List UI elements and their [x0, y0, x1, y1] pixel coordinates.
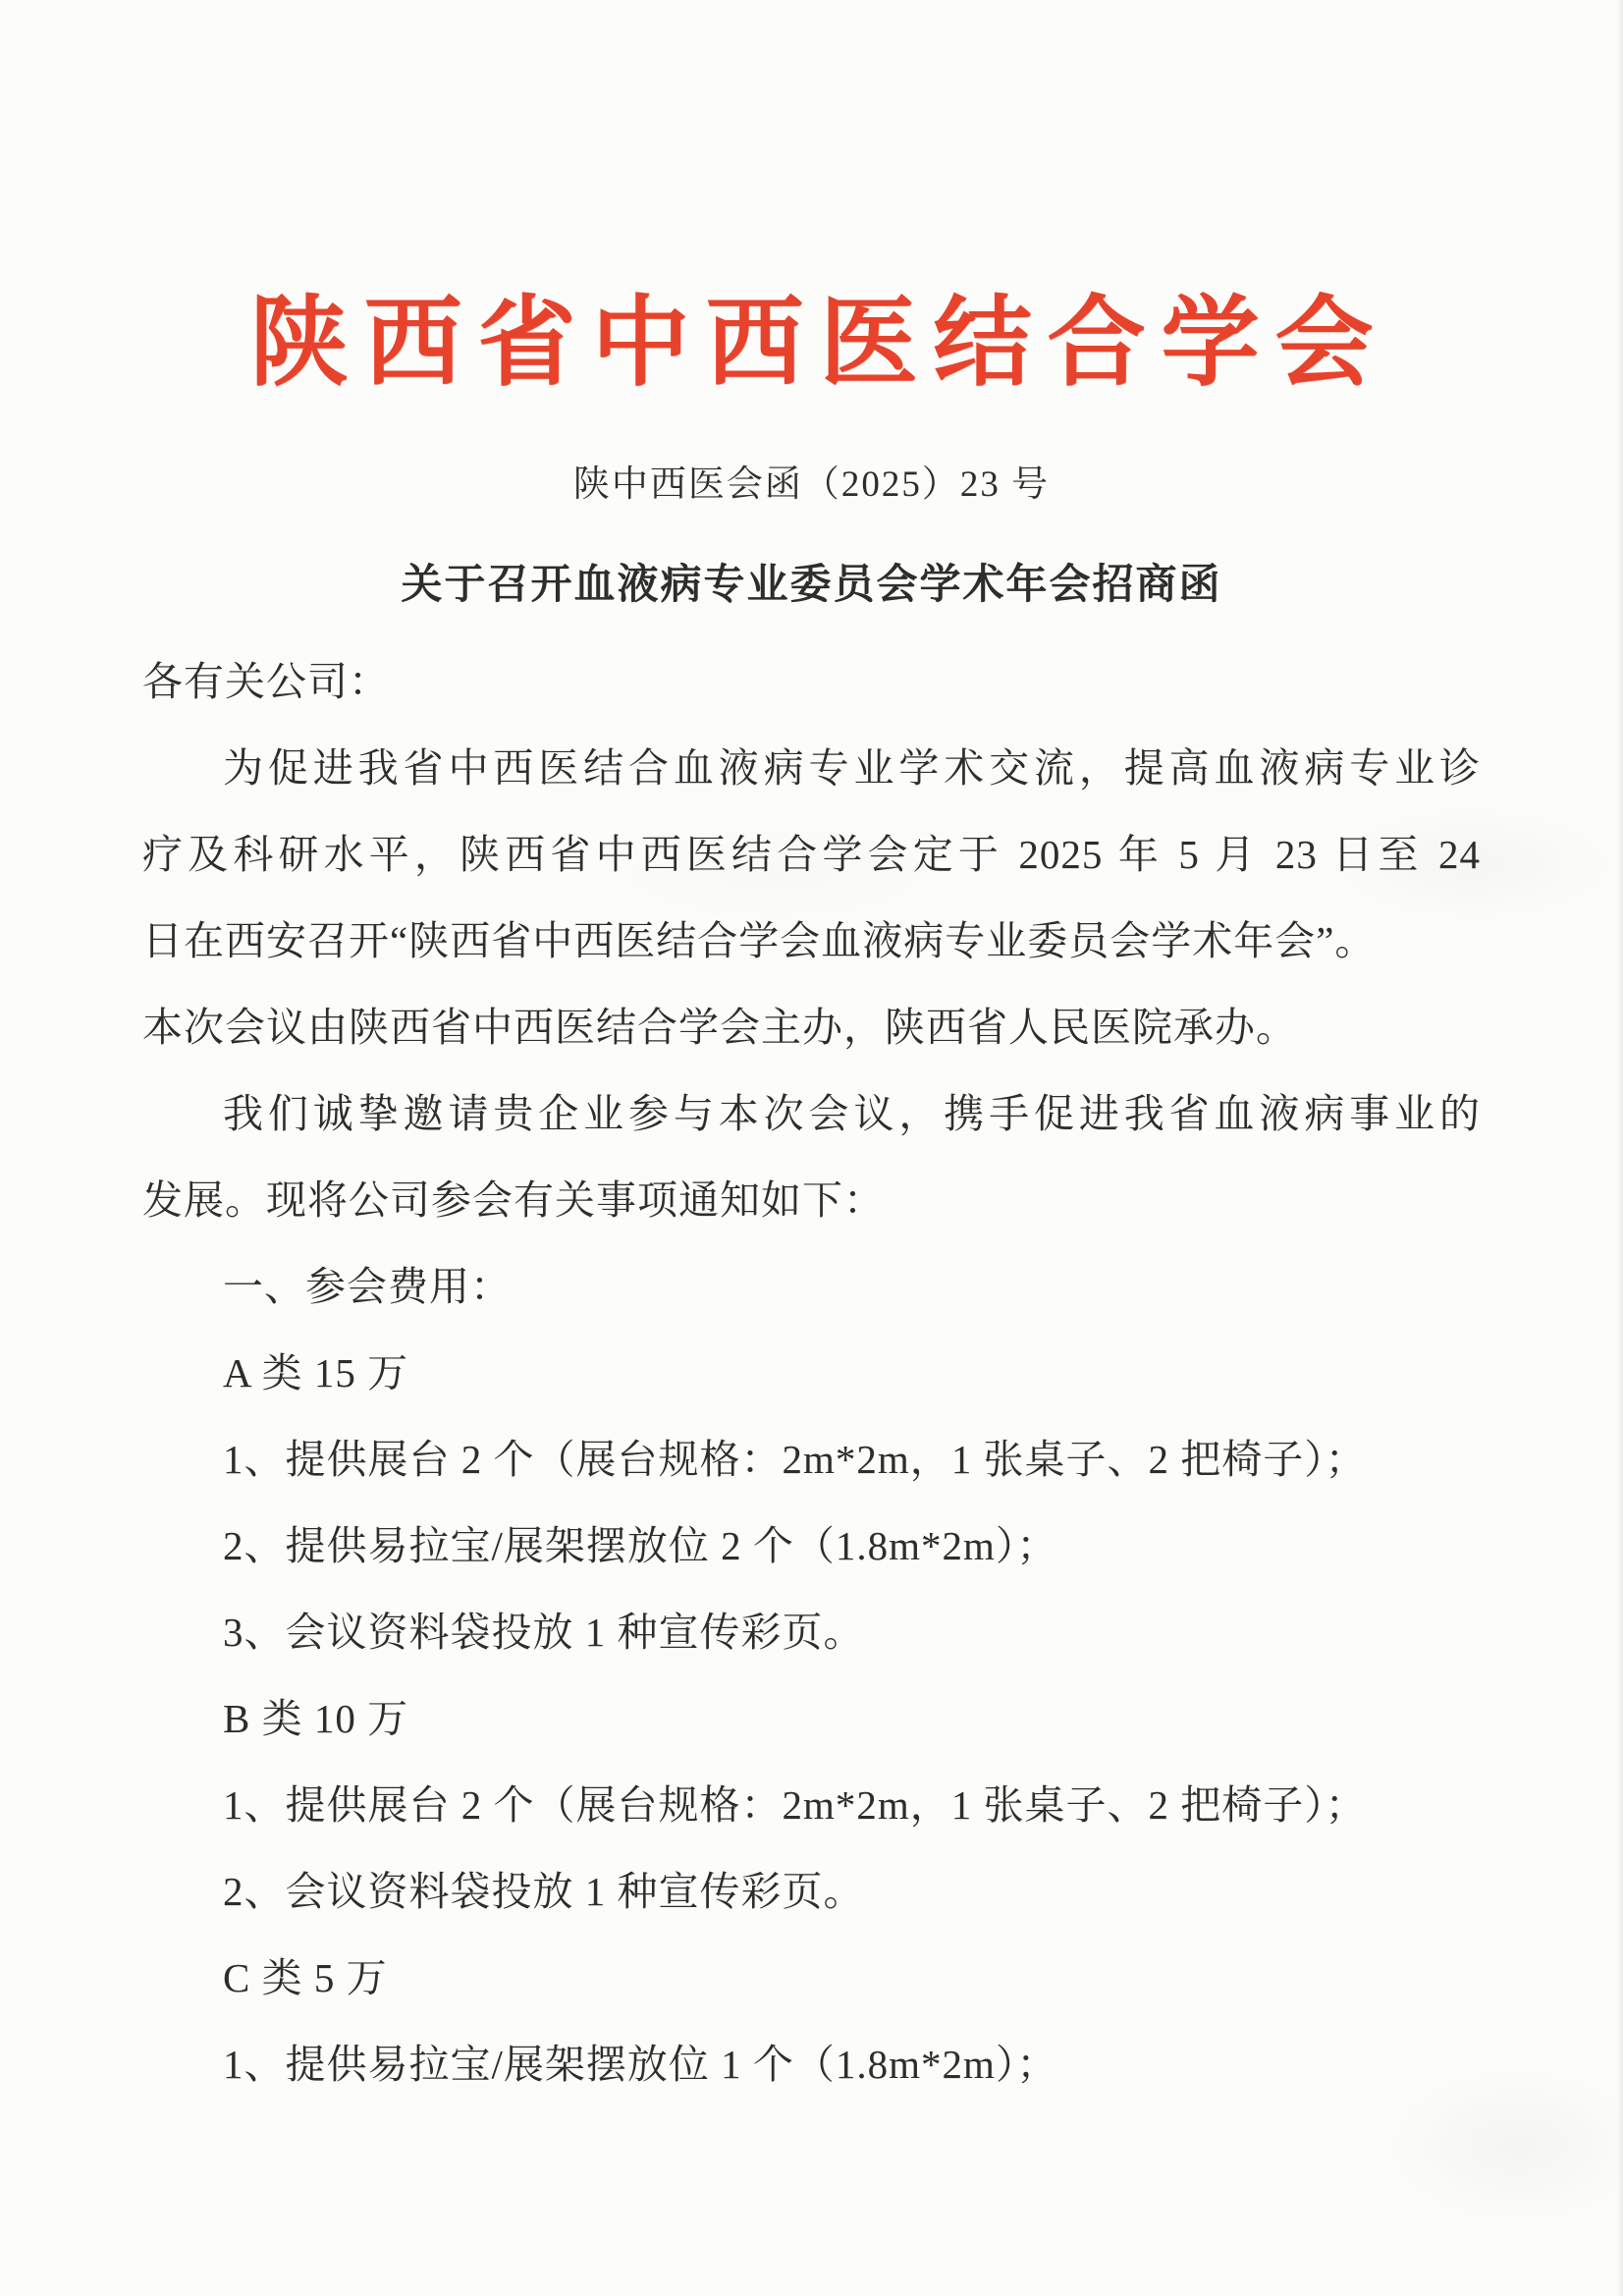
document-number: 陕中西医会函（2025）23 号	[0, 454, 1623, 507]
salutation: 各有关公司：	[142, 638, 1481, 725]
para1-line1: 为促进我省中西医结合血液病专业学术交流，提高血液病专业诊	[142, 725, 1481, 811]
scanned-letter-page: 陕西省中西医结合学会 陕中西医会函（2025）23 号 关于召开血液病专业委员会…	[0, 0, 1623, 2296]
fee-class-a-item-1: 1、提供展台 2 个（展台规格：2m*2m，1 张桌子、2 把椅子）；	[142, 1416, 1481, 1503]
fee-class-a-label: A 类 15 万	[142, 1330, 1481, 1416]
fee-class-a-item-3: 3、会议资料袋投放 1 种宣传彩页。	[142, 1589, 1481, 1675]
letter-subject-heading: 关于召开血液病专业委员会学术年会招商函	[0, 552, 1623, 611]
fee-class-a-item-2: 2、提供易拉宝/展架摆放位 2 个（1.8m*2m）；	[142, 1503, 1481, 1589]
para2-line1: 我们诚挚邀请贵企业参与本次会议，携手促进我省血液病事业的	[142, 1070, 1481, 1157]
para1-line3: 日在西安召开“陕西省中西医结合学会血液病专业委员会学术年会”。	[142, 898, 1481, 984]
fee-class-b-item-2: 2、会议资料袋投放 1 种宣传彩页。	[142, 1848, 1481, 1935]
para1-line4: 本次会议由陕西省中西医结合学会主办，陕西省人民医院承办。	[142, 984, 1481, 1070]
para2-line2: 发展。现将公司参会有关事项通知如下：	[142, 1157, 1481, 1243]
fee-class-c-label: C 类 5 万	[142, 1935, 1481, 2021]
para1-line2: 疗及科研水平，陕西省中西医结合学会定于 2025 年 5 月 23 日至 24	[142, 811, 1481, 898]
fees-section-heading: 一、参会费用：	[142, 1243, 1481, 1330]
letter-body: 各有关公司： 为促进我省中西医结合血液病专业学术交流，提高血液病专业诊 疗及科研…	[142, 638, 1481, 2107]
fee-class-b-item-1: 1、提供展台 2 个（展台规格：2m*2m，1 张桌子、2 把椅子）；	[142, 1762, 1481, 1848]
fee-class-b-label: B 类 10 万	[142, 1675, 1481, 1762]
fee-class-c-item-1: 1、提供易拉宝/展架摆放位 1 个（1.8m*2m）；	[142, 2021, 1481, 2107]
org-masthead-title: 陕西省中西医结合学会	[0, 263, 1623, 405]
